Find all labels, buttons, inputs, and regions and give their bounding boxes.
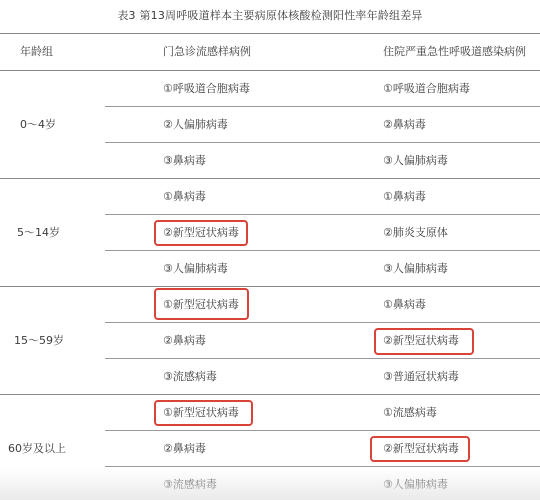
header-outpatient: 门急诊流感样病例 (163, 45, 251, 59)
table-cell: ②人偏肺病毒 (163, 118, 228, 132)
table-cell: ②鼻病毒 (163, 334, 206, 348)
table-cell: ③流感病毒 (163, 478, 217, 492)
table-top-rule (0, 33, 540, 34)
table-cell: ②肺炎支原体 (383, 226, 448, 240)
table-cell: ③人偏肺病毒 (383, 478, 448, 492)
age-group-label: 0～4岁 (20, 118, 56, 132)
header-age-group: 年龄组 (20, 45, 53, 59)
table-cell: ①呼吸道合胞病毒 (383, 82, 470, 96)
table-cell: ①呼吸道合胞病毒 (163, 82, 250, 96)
header-inpatient: 住院严重急性呼吸道感染病例 (383, 45, 526, 59)
table-cell: ②鼻病毒 (163, 442, 206, 456)
group-divider (0, 286, 540, 287)
age-group-label: 15～59岁 (14, 334, 64, 348)
table-cell: ①流感病毒 (383, 406, 437, 420)
table-cell-highlighted: ②新型冠状病毒 (163, 226, 239, 240)
age-group-label: 60岁及以上 (8, 442, 66, 456)
row-divider (105, 250, 540, 251)
table-cell: ③普通冠状病毒 (383, 370, 459, 384)
table-cell: ①鼻病毒 (383, 298, 426, 312)
table-cell: ③人偏肺病毒 (163, 262, 228, 276)
header-bottom-rule (0, 70, 540, 71)
row-divider (105, 106, 540, 107)
table-cell-highlighted: ②新型冠状病毒 (383, 334, 459, 348)
table-cell: ①鼻病毒 (163, 190, 206, 204)
table-cell: ②鼻病毒 (383, 118, 426, 132)
table-title: 表3 第13周呼吸道样本主要病原体核酸检测阳性率年龄组差异 (0, 7, 540, 23)
age-group-label: 5～14岁 (17, 226, 60, 240)
row-divider (105, 466, 540, 467)
table-cell: ③流感病毒 (163, 370, 217, 384)
group-divider (0, 394, 540, 395)
row-divider (105, 358, 540, 359)
row-divider (105, 214, 540, 215)
table-cell-highlighted: ①新型冠状病毒 (163, 406, 239, 420)
row-divider (105, 430, 540, 431)
table-cell: ③人偏肺病毒 (383, 154, 448, 168)
table-cell: ③人偏肺病毒 (383, 262, 448, 276)
bottom-fade (0, 468, 540, 500)
row-divider (105, 142, 540, 143)
group-divider (0, 178, 540, 179)
table-cell: ①鼻病毒 (383, 190, 426, 204)
table-cell: ③鼻病毒 (163, 154, 206, 168)
row-divider (105, 322, 540, 323)
table-cell-highlighted: ①新型冠状病毒 (163, 298, 239, 312)
table-cell-highlighted: ②新型冠状病毒 (383, 442, 459, 456)
